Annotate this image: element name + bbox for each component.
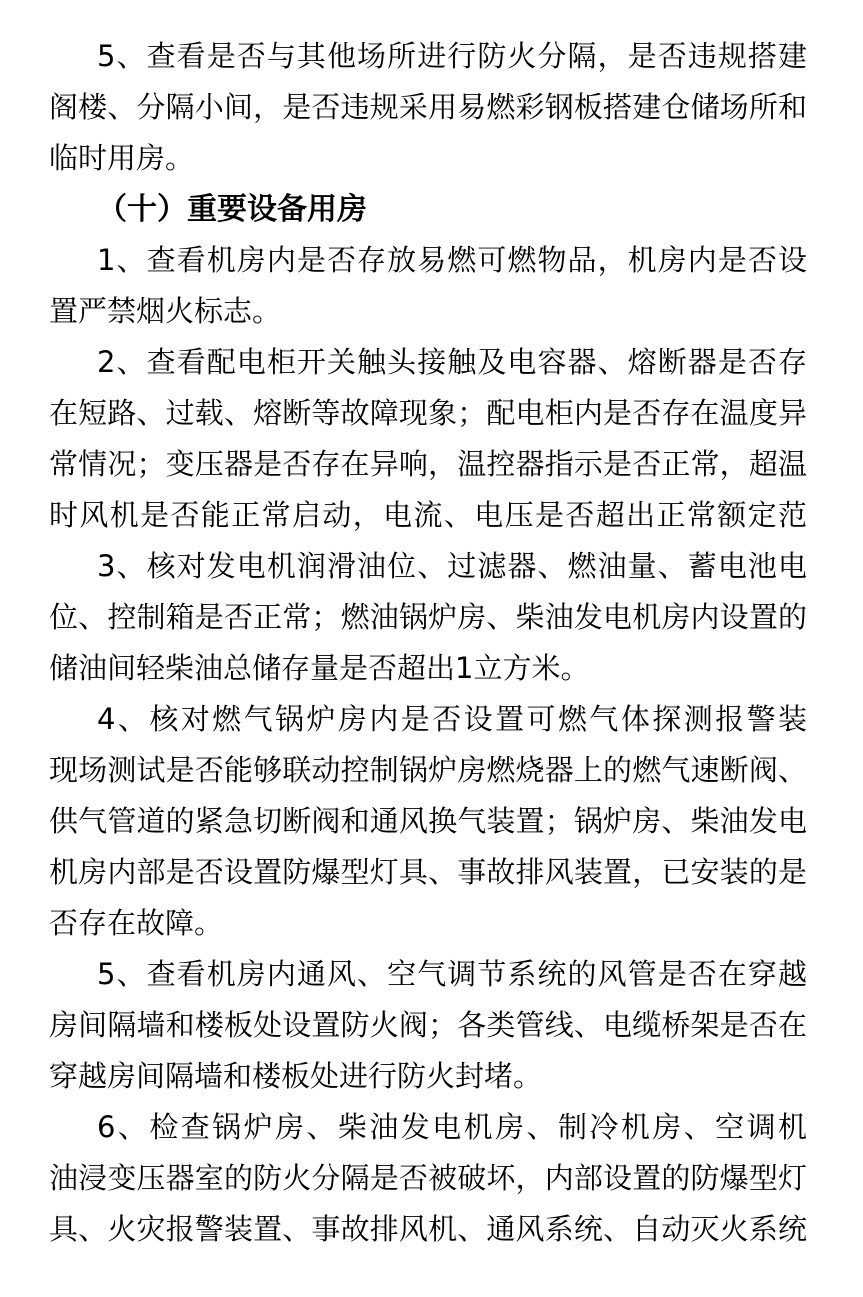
document-body: 5、查看是否与其他场所进行防火分隔，是否违规搭建阁楼、分隔小间，是否违规采用易燃… <box>49 31 807 1255</box>
text-line: 置严禁烟火标志。 <box>49 286 807 337</box>
paragraph: 4、核对燃气锅炉房内是否设置可燃气体探测报警装置，现场测试是否能够联动控制锅炉房… <box>49 694 807 949</box>
text-line: 房间隔墙和楼板处设置防火阀；各类管线、电缆桥架是否在 <box>49 1000 807 1051</box>
text-line: 2、查看配电柜开关触头接触及电容器、熔断器是否存 <box>49 337 807 388</box>
text-line: 6、检查锅炉房、柴油发电机房、制冷机房、空调机房、 <box>49 1102 807 1153</box>
text-line: 现场测试是否能够联动控制锅炉房燃烧器上的燃气速断阀、 <box>49 745 807 796</box>
text-line: 常情况；变压器是否存在异响，温控器指示是否正常，超温 <box>49 439 807 490</box>
text-line: 机房内部是否设置防爆型灯具、事故排风装置，已安装的是 <box>49 847 807 898</box>
paragraph: 6、检查锅炉房、柴油发电机房、制冷机房、空调机房、油浸变压器室的防火分隔是否被破… <box>49 1102 807 1255</box>
text-line: 4、核对燃气锅炉房内是否设置可燃气体探测报警装置， <box>49 694 807 745</box>
text-line: 临时用房。 <box>49 133 807 184</box>
text-line: 油浸变压器室的防火分隔是否被破坏，内部设置的防爆型灯 <box>49 1153 807 1204</box>
section-heading: （十）重要设备用房 <box>49 184 807 235</box>
paragraph: 1、查看机房内是否存放易燃可燃物品，机房内是否设置严禁烟火标志。 <box>49 235 807 337</box>
text-line: 储油间轻柴油总储存量是否超出1立方米。 <box>49 643 807 694</box>
text-line: 在短路、过载、熔断等故障现象；配电柜内是否存在温度异 <box>49 388 807 439</box>
heading-line: （十）重要设备用房 <box>49 184 807 235</box>
text-line: 位、控制箱是否正常；燃油锅炉房、柴油发电机房内设置的 <box>49 592 807 643</box>
text-line: 5、查看是否与其他场所进行防火分隔，是否违规搭建 <box>49 31 807 82</box>
paragraph: 2、查看配电柜开关触头接触及电容器、熔断器是否存在短路、过载、熔断等故障现象；配… <box>49 337 807 541</box>
text-line: 穿越房间隔墙和楼板处进行防火封堵。 <box>49 1051 807 1102</box>
text-line: 具、火灾报警装置、事故排风机、通风系统、自动灭火系统 <box>49 1204 807 1255</box>
document-page: 5、查看是否与其他场所进行防火分隔，是否违规搭建阁楼、分隔小间，是否违规采用易燃… <box>0 0 863 1297</box>
text-line: 否存在故障。 <box>49 898 807 949</box>
text-line: 3、核对发电机润滑油位、过滤器、燃油量、蓄电池电 <box>49 541 807 592</box>
text-line: 时风机是否能正常启动，电流、电压是否超出正常额定范围。 <box>49 490 807 541</box>
text-line: 1、查看机房内是否存放易燃可燃物品，机房内是否设 <box>49 235 807 286</box>
text-line: 供气管道的紧急切断阀和通风换气装置；锅炉房、柴油发电 <box>49 796 807 847</box>
paragraph: 5、查看机房内通风、空气调节系统的风管是否在穿越房间隔墙和楼板处设置防火阀；各类… <box>49 949 807 1102</box>
text-line: 阁楼、分隔小间，是否违规采用易燃彩钢板搭建仓储场所和 <box>49 82 807 133</box>
paragraph: 5、查看是否与其他场所进行防火分隔，是否违规搭建阁楼、分隔小间，是否违规采用易燃… <box>49 31 807 184</box>
paragraph: 3、核对发电机润滑油位、过滤器、燃油量、蓄电池电位、控制箱是否正常；燃油锅炉房、… <box>49 541 807 694</box>
text-line: 5、查看机房内通风、空气调节系统的风管是否在穿越 <box>49 949 807 1000</box>
